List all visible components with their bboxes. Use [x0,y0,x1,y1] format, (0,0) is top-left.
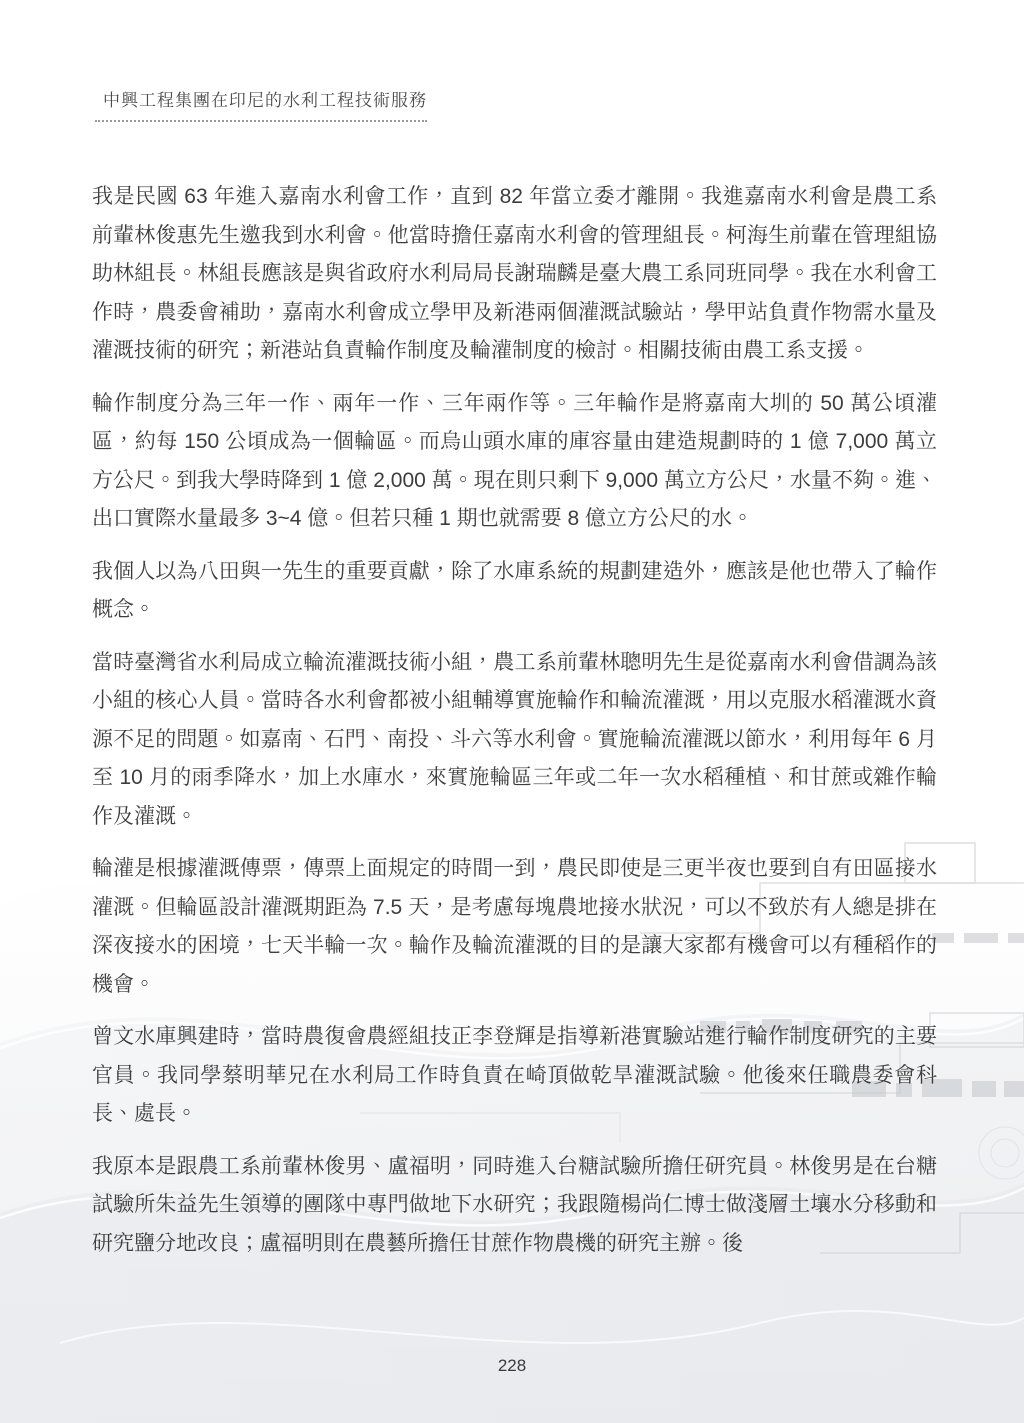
running-header: 中興工程集團在印尼的水利工程技術服務 [103,90,427,122]
paragraph-2: 輪作制度分為三年一作、兩年一作、三年兩作等。三年輪作是將嘉南大圳的 50 萬公頃… [92,385,937,539]
chapter-title: 中興工程集團在印尼的水利工程技術服務 [103,90,427,112]
dotted-rule [95,120,427,122]
paragraph-3: 我個人以為八田與一先生的重要貢獻，除了水庫系統的規劃建造外，應該是他也帶入了輪作… [92,553,937,630]
paragraph-4: 當時臺灣省水利局成立輪流灌溉技術小組，農工系前輩林聰明先生是從嘉南水利會借調為該… [92,644,937,837]
paragraph-6: 曾文水庫興建時，當時農復會農經組技正李登輝是指導新港實驗站進行輪作制度研究的主要… [92,1018,937,1134]
book-page: 中興工程集團在印尼的水利工程技術服務 我是民國 63 年進入嘉南水利會工作，直到… [0,0,1024,1423]
page-number: 228 [0,1356,1024,1376]
body-text: 我是民國 63 年進入嘉南水利會工作，直到 82 年當立委才離開。我進嘉南水利會… [92,178,937,1277]
paragraph-1: 我是民國 63 年進入嘉南水利會工作，直到 82 年當立委才離開。我進嘉南水利會… [92,178,937,371]
paragraph-5: 輪灌是根據灌溉傳票，傳票上面規定的時間一到，農民即使是三更半夜也要到自有田區接水… [92,850,937,1004]
paragraph-7: 我原本是跟農工系前輩林俊男、盧福明，同時進入台糖試驗所擔任研究員。林俊男是在台糖… [92,1148,937,1264]
